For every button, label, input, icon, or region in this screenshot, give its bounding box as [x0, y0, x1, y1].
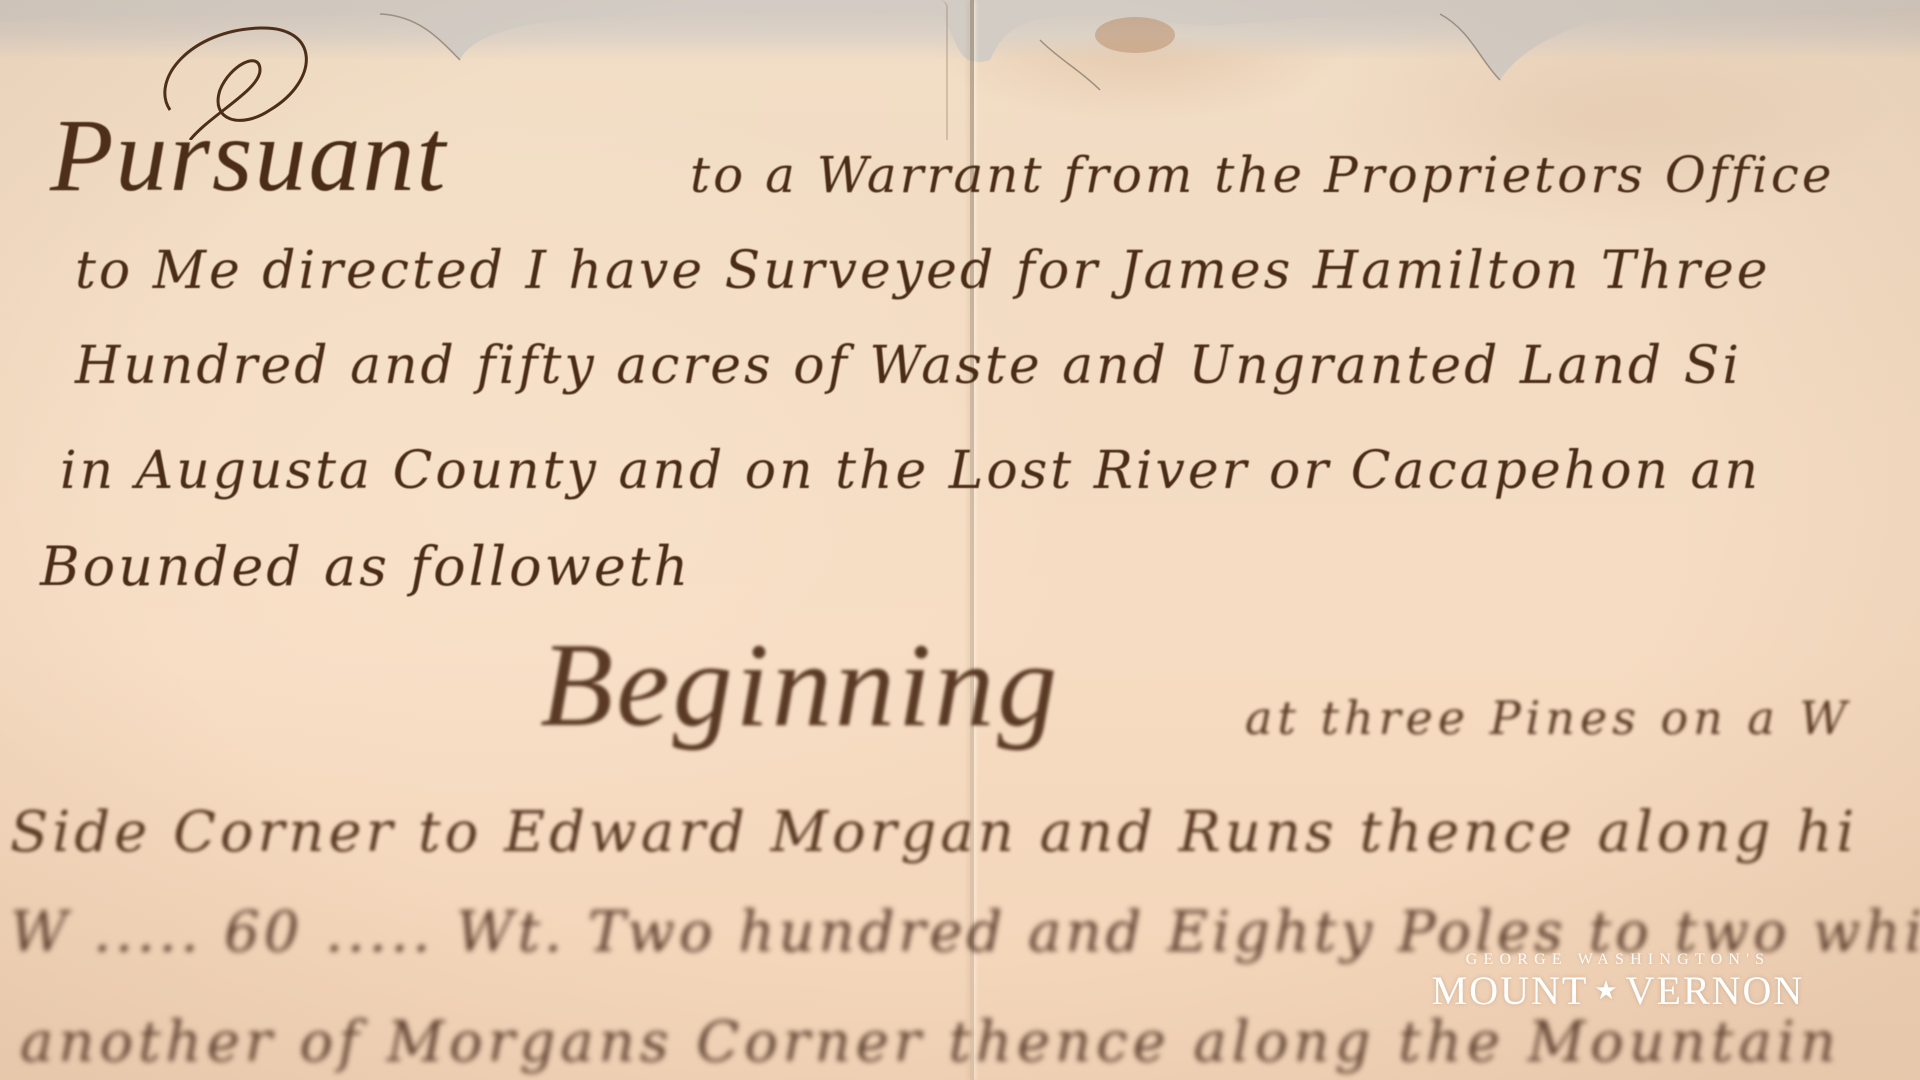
logo-main-line: MOUNT★VERNON [1408, 970, 1828, 1012]
star-icon: ★ [1594, 976, 1619, 1005]
logo-word-vernon: VERNON [1626, 968, 1805, 1013]
line-1-lead: Pursuant [50, 104, 447, 208]
page-edge [940, 0, 948, 140]
document-photo: Pursuant to a Warrant from the Proprieto… [0, 0, 1920, 1080]
line-6-text: at three Pines on a W [1245, 695, 1852, 741]
line-5-text: Bounded as followeth [40, 540, 691, 594]
line-2-text: to Me directed I have Surveyed for James… [75, 245, 1771, 297]
line-1-text: to a Warrant from the Proprietors Office [690, 150, 1834, 200]
line-4-text: in Augusta County and on the Lost River … [60, 445, 1761, 497]
line-6-lead: Beginning [540, 625, 1060, 745]
line-3-text: Hundred and fifty acres of Waste and Ung… [75, 340, 1742, 392]
logo-word-mount: MOUNT [1432, 968, 1589, 1013]
line-9-text: another of Morgans Corner thence along t… [20, 1015, 1841, 1071]
mount-vernon-logo: GEORGE WASHINGTON'S MOUNT★VERNON [1408, 950, 1828, 1012]
line-7-text: Side Corner to Edward Morgan and Runs th… [10, 805, 1858, 861]
logo-top-line: GEORGE WASHINGTON'S [1408, 950, 1828, 970]
